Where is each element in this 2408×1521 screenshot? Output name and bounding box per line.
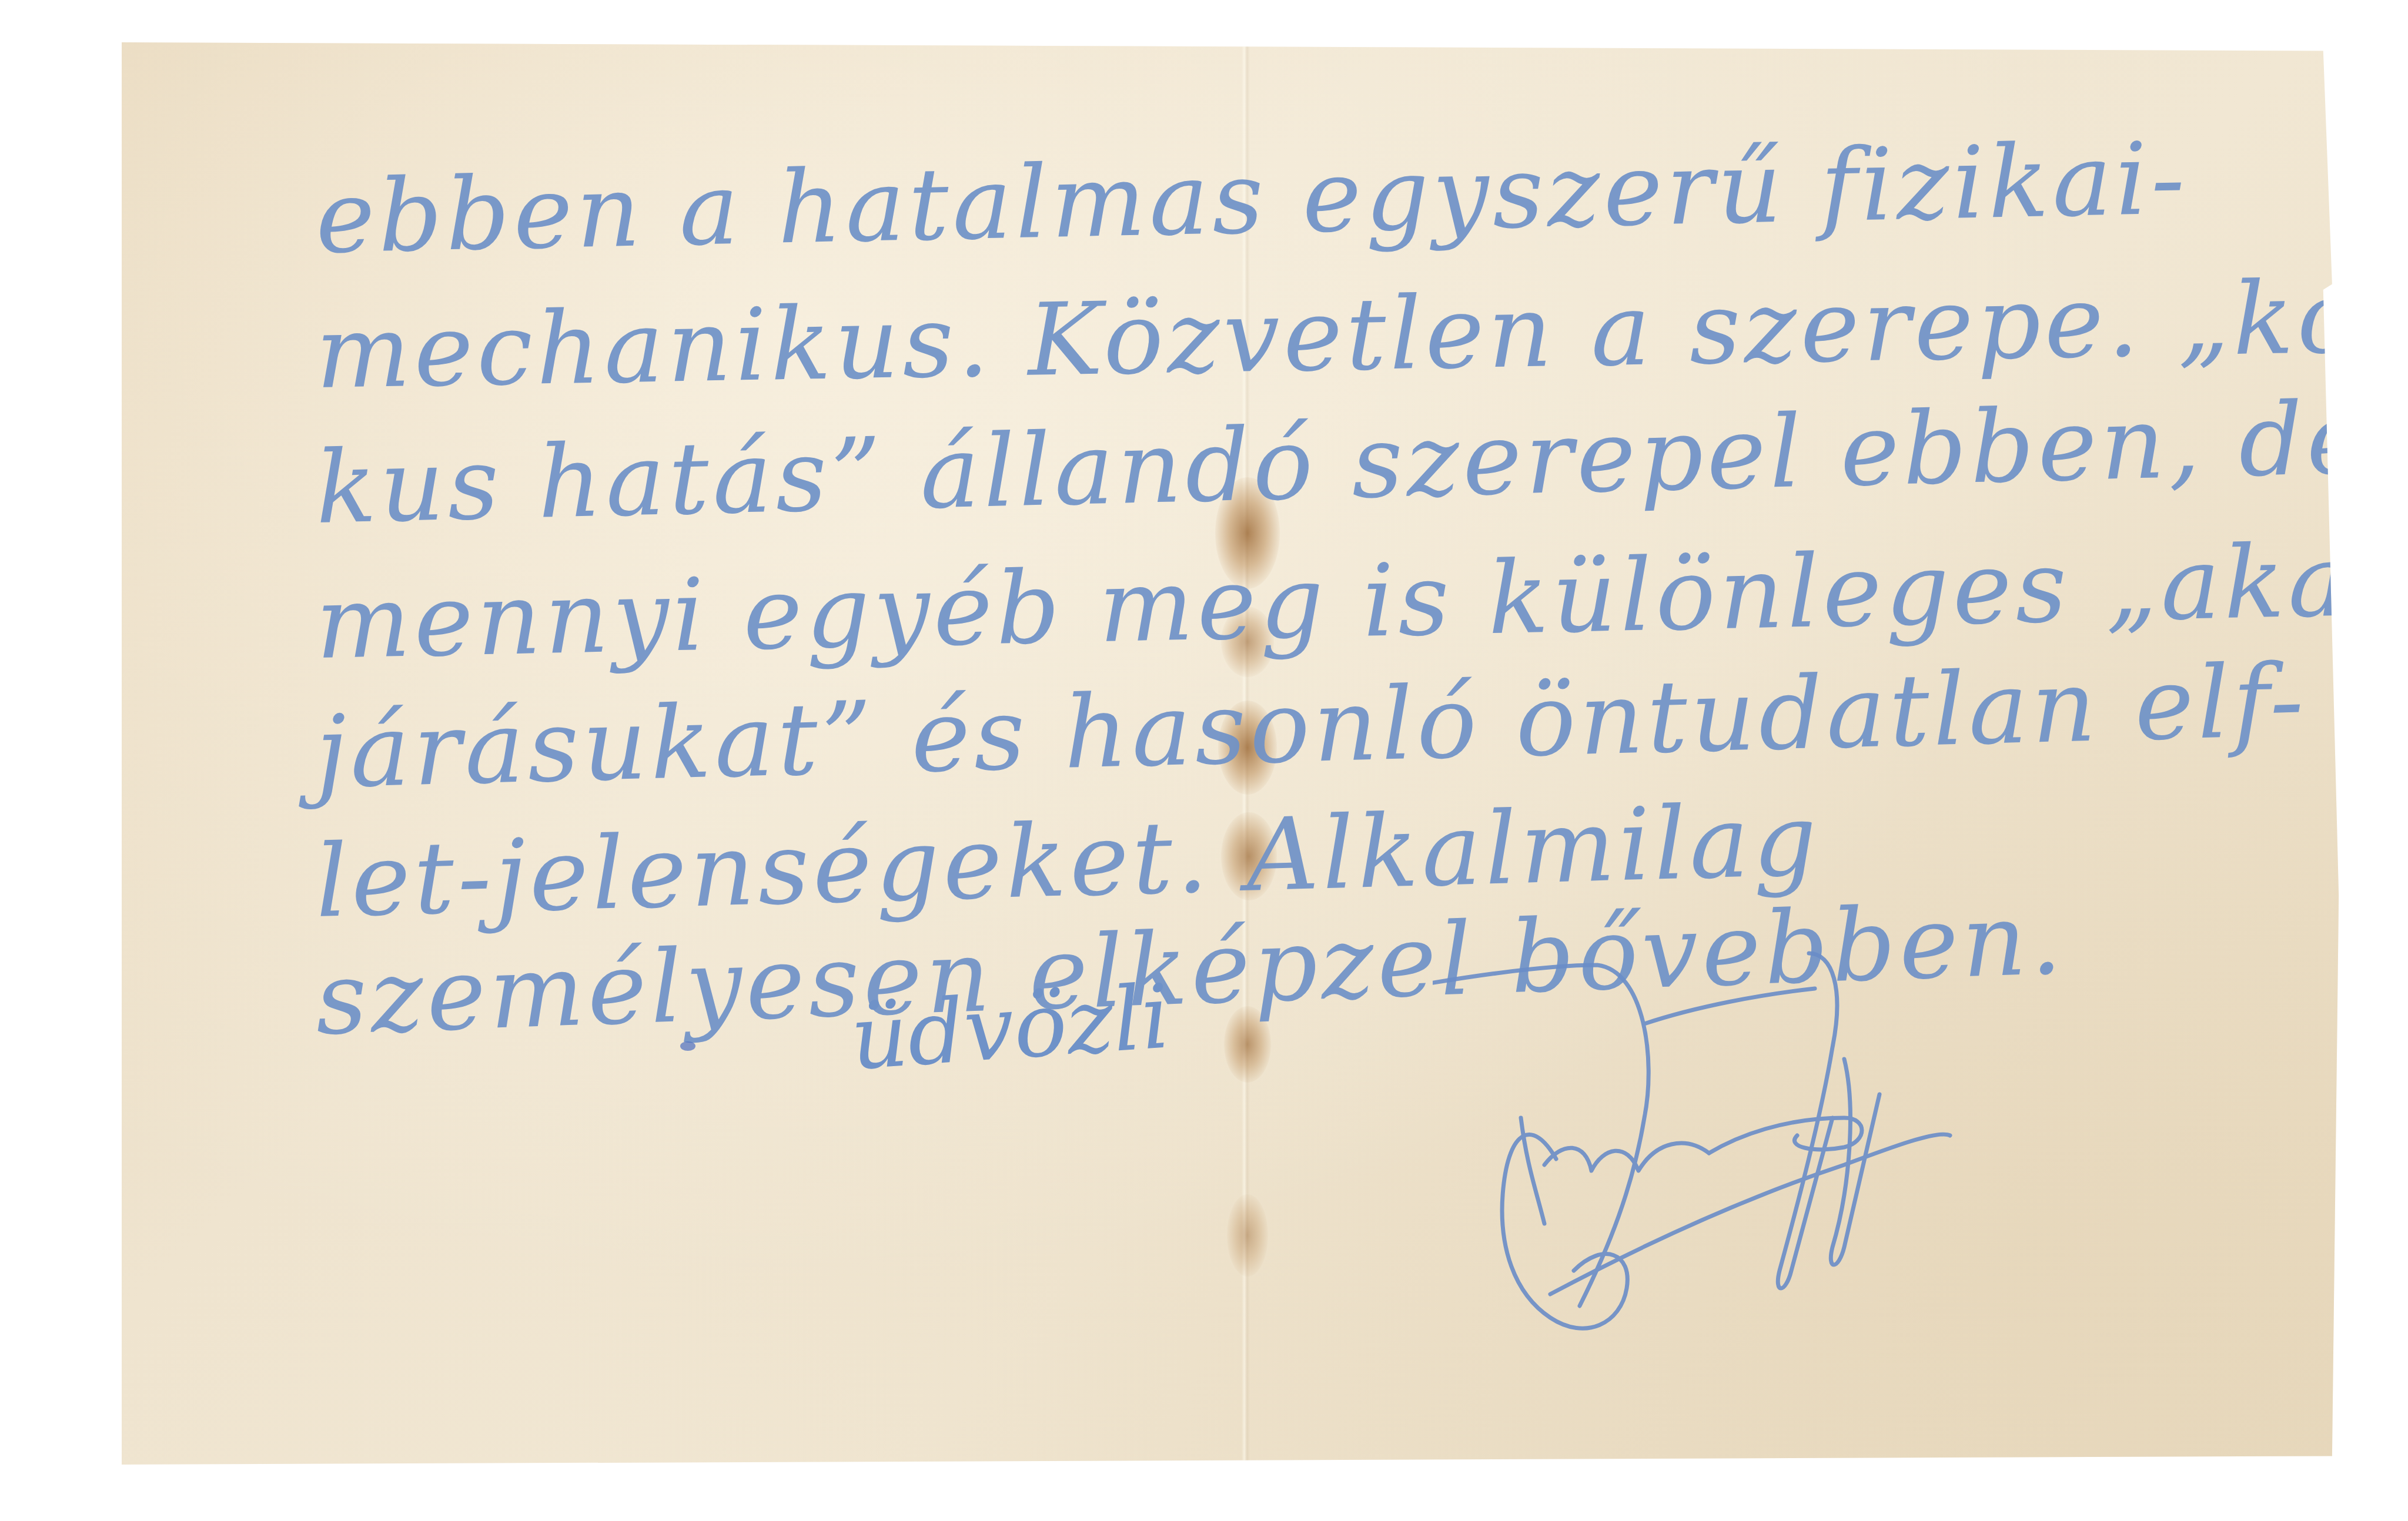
letter-line-1: ebben a hatalmas egyszerű fizikai- — [315, 120, 2189, 276]
rust-stain — [1227, 1194, 1268, 1277]
ink-blot — [680, 1041, 695, 1051]
closing-salutation: üdvözli — [848, 966, 1173, 1090]
photo-stage: ebben a hatalmas egyszerű fizikai- mecha… — [0, 0, 2408, 1521]
letter-paper: ebben a hatalmas egyszerű fizikai- mecha… — [122, 42, 2341, 1465]
signature-scrawl — [1433, 942, 1962, 1365]
